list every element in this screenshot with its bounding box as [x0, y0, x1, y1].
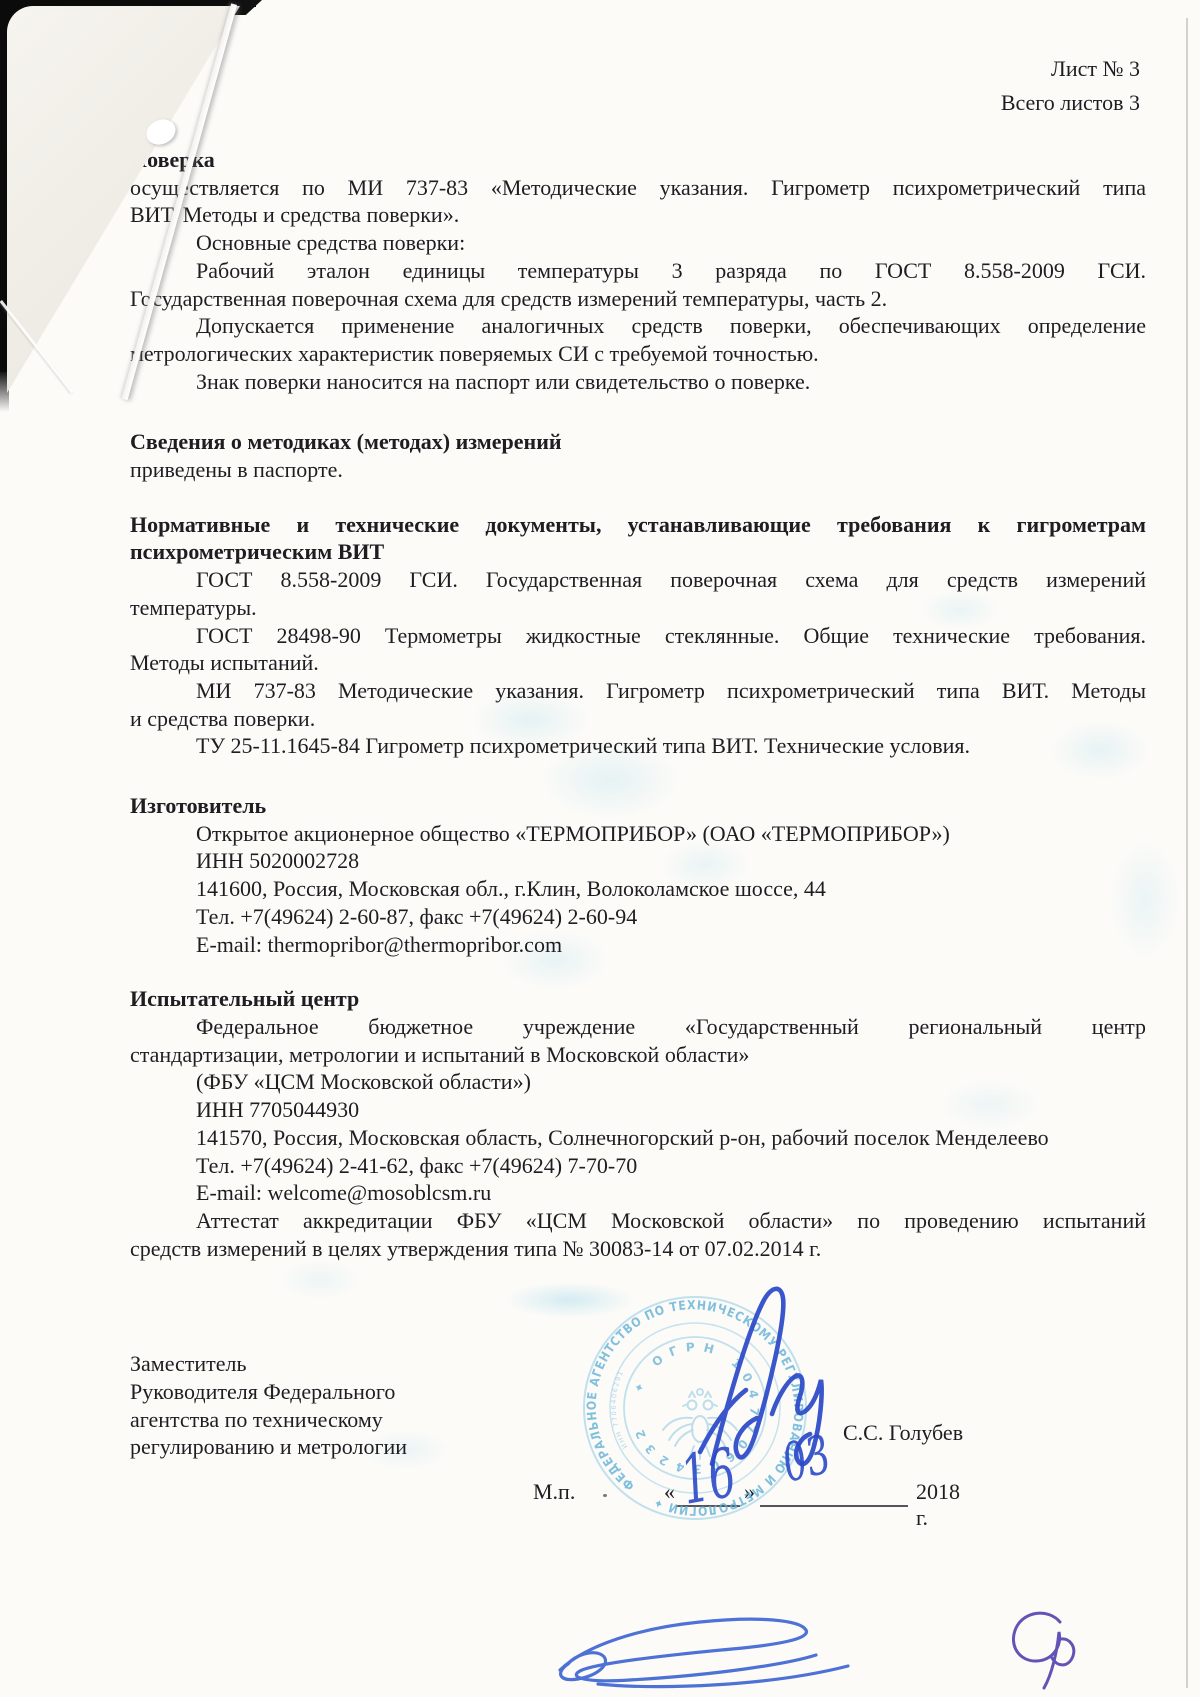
- corner-signature: [1013, 1613, 1073, 1688]
- section-heading-normative: Нормативные и технические документы, уст…: [130, 511, 1146, 539]
- text-line: Рабочий эталон единицы температуры 3 раз…: [130, 257, 1146, 285]
- sheet-header: Лист № 3 Всего листов 3: [1001, 52, 1140, 120]
- text-line: температуры.: [130, 594, 1146, 622]
- scan-edge-right: [1186, 18, 1188, 1688]
- text-line: МИ 737-83 Методические указания. Гигроме…: [130, 677, 1146, 705]
- scan-edge-left-fade: [0, 370, 9, 412]
- text-line: E-mail: thermopribor@thermopribor.com: [130, 931, 1146, 959]
- text-line: осуществляется по МИ 737-83 «Методически…: [130, 174, 1146, 202]
- text-line: метрологических характеристик поверяемых…: [130, 340, 1146, 368]
- text-line: ТУ 25-11.1645-84 Гигрометр психрометриче…: [130, 732, 1146, 760]
- scan-corner-background: [0, 0, 30, 30]
- year-label: 2018 г.: [916, 1479, 960, 1531]
- text-line: (ФБУ «ЦСМ Московской области»): [130, 1068, 1146, 1096]
- text-line: Федеральное бюджетное учреждение «Госуда…: [130, 1013, 1146, 1041]
- page-fold-knot: [142, 115, 179, 149]
- text-line: 141570, Россия, Московская область, Солн…: [130, 1124, 1146, 1152]
- official-stamp: ФЕДЕРАЛЬНОЕ АГЕНТСТВО ПО ТЕХНИЧЕСКОМУ РЕ…: [575, 1288, 825, 1538]
- section-heading-verification: Поверка: [130, 146, 1146, 174]
- seal-place-label: М.п.: [533, 1479, 575, 1505]
- text-line: Методы испытаний.: [130, 649, 1146, 677]
- section-heading-test-center: Испытательный центр: [130, 985, 1146, 1013]
- text-line: и средства поверки.: [130, 705, 1146, 733]
- section-heading-normative-2: психрометрическим ВИТ: [130, 538, 1146, 566]
- text-line: средств измерений в целях утверждения ти…: [130, 1235, 1146, 1263]
- sheet-total: Всего листов 3: [1001, 86, 1140, 120]
- text-line: ИНН 7705044930: [130, 1096, 1146, 1124]
- text-line: 141600, Россия, Московская обл., г.Клин,…: [130, 875, 1146, 903]
- text-line: Допускается применение аналогичных средс…: [130, 312, 1146, 340]
- text-line: стандартизации, метрологии и испытаний в…: [130, 1041, 1146, 1069]
- text-line: E-mail: welcome@mosoblcsm.ru: [130, 1179, 1146, 1207]
- text-line: Открытое акционерное общество «ТЕРМОПРИБ…: [130, 820, 1146, 848]
- text-line: Государственная поверочная схема для сре…: [130, 285, 1146, 313]
- text-line: ГОСТ 8.558-2009 ГСИ. Государственная пов…: [130, 566, 1146, 594]
- stamp-inn-text-el: ИНН 7706406291: [610, 1369, 630, 1450]
- eagle-emblem: [663, 1389, 737, 1459]
- scan-corner-notch: [226, 0, 262, 15]
- scan-edge-left: [0, 0, 9, 372]
- text-line: ИНН 5020002728: [130, 847, 1146, 875]
- text-line: приведены в паспорте.: [130, 456, 1146, 484]
- text-line: Основные средства поверки:: [130, 229, 1146, 257]
- document-body: Поверка осуществляется по МИ 737-83 «Мет…: [130, 146, 1146, 1461]
- text-line: ГОСТ 28498-90 Термометры жидкостные стек…: [130, 622, 1146, 650]
- text-line: Знак поверки наносится на паспорт или св…: [130, 368, 1146, 396]
- text-line: ВИТ. Методы и средства поверки».: [130, 201, 1146, 229]
- signer-name: С.С. Голубев: [843, 1420, 963, 1446]
- document-page: Лист № 3 Всего листов 3 Поверка осуществ…: [0, 0, 1200, 1697]
- scan-edge-top: [0, 0, 256, 7]
- page-fold-crease: [0, 300, 73, 393]
- text-line: Аттестат аккредитации ФБУ «ЦСМ Московско…: [130, 1207, 1146, 1235]
- section-heading-manufacturer: Изготовитель: [130, 792, 1146, 820]
- section-heading-methods: Сведения о методиках (методах) измерений: [130, 428, 1146, 456]
- text-line: Тел. +7(49624) 2-60-87, факс +7(49624) 2…: [130, 903, 1146, 931]
- text-line: Тел. +7(49624) 2-41-62, факс +7(49624) 7…: [130, 1152, 1146, 1180]
- bottom-signature: [560, 1619, 848, 1686]
- sheet-number: Лист № 3: [1001, 52, 1140, 86]
